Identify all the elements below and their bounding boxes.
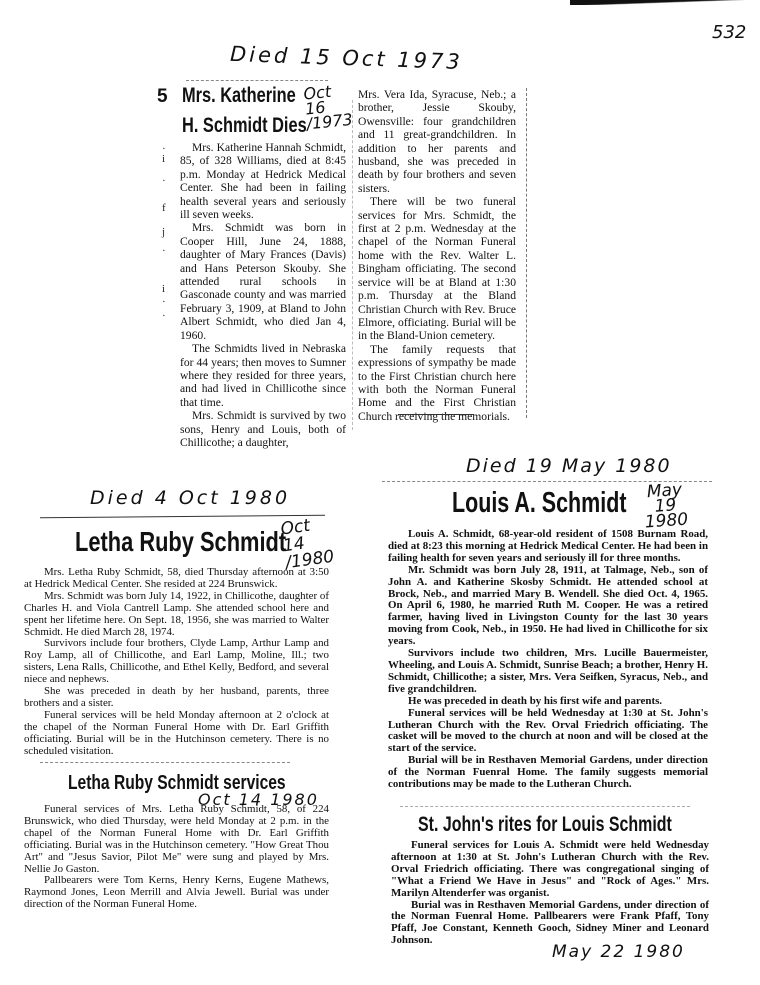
paragraph: He was preceded in death by his first wi… — [388, 696, 708, 708]
paragraph: Survivors include two children, Mrs. Luc… — [388, 648, 708, 696]
article-body: Funeral services for Louis A. Schmidt we… — [391, 840, 709, 947]
paragraph: Funeral services will be held Monday aft… — [24, 710, 329, 758]
paragraph: Louis A. Schmidt, 68-year-old resident o… — [388, 529, 708, 565]
article-body: Funeral services of Mrs. Letha Ruby Schm… — [24, 804, 329, 911]
article-column-right: Mrs. Vera Ida, Syracuse, Neb.; a brother… — [358, 88, 516, 423]
paragraph: Pallbearers were Tom Kerns, Henry Kerns,… — [24, 875, 329, 911]
handwritten-death-date: Died 15 Oct 1973 — [230, 42, 463, 74]
paragraph: Mrs. Schmidt was born in Cooper Hill, Ju… — [180, 221, 346, 342]
edge-fragment-s: 5 — [157, 86, 168, 108]
article-body: Louis A. Schmidt, 68-year-old resident o… — [388, 529, 708, 791]
paragraph: Mrs. Schmidt is survived by two sons, He… — [180, 409, 346, 449]
paragraph: The family requests that expressions of … — [358, 343, 516, 423]
handwritten-side-note: Oct 16 /1973 — [303, 82, 357, 132]
headline: Louis A. Schmidt — [452, 487, 626, 520]
headline: Letha Ruby Schmidt — [75, 526, 286, 558]
clipping-top-rule — [186, 80, 328, 82]
clipping-top-rule — [40, 515, 325, 518]
headline: St. John's rites for Louis Schmidt — [418, 813, 672, 837]
article-column-left: Mrs. Katherine Hannah Schmidt, 85, of 32… — [180, 141, 346, 449]
headline-line1: Mrs. Katherine — [182, 84, 296, 108]
paragraph: Burial will be in Resthaven Memorial Gar… — [388, 755, 708, 791]
column-divider — [352, 100, 354, 430]
clipping-right-edge — [526, 88, 528, 418]
paragraph: The Schmidts lived in Nebraska for 44 ye… — [180, 342, 346, 409]
paragraph: Funeral services for Louis A. Schmidt we… — [391, 840, 709, 900]
paragraph: Funeral services will be held Wednesday … — [388, 708, 708, 756]
handwritten-side-note: Oct 14 /1980 — [280, 515, 337, 572]
paragraph: Mrs. Vera Ida, Syracuse, Neb.; a brother… — [358, 88, 516, 195]
top-right-scan-edge — [570, 0, 760, 5]
handwritten-death-date: Died 4 Oct 1980 — [90, 487, 290, 509]
clipping-bottom-rule — [40, 762, 290, 764]
paragraph: Mr. Schmidt was born July 28, 1911, at T… — [388, 565, 708, 648]
paragraph: Mrs. Schmidt was born July 14, 1922, in … — [24, 591, 329, 639]
handwritten-side-note: May 19 1980 — [636, 482, 694, 531]
article-body: Mrs. Letha Ruby Schmidt, 58, died Thursd… — [24, 567, 329, 758]
paragraph: Mrs. Letha Ruby Schmidt, 58, died Thursd… — [24, 567, 329, 591]
paragraph: There will be two funeral services for M… — [358, 195, 516, 342]
paragraph: Survivors include four brothers, Clyde L… — [24, 638, 329, 686]
clipping-bottom-rule — [400, 806, 690, 808]
paragraph: She was preceded in death by her husband… — [24, 686, 329, 710]
headline-line2: H. Schmidt Dies — [182, 114, 307, 138]
handwritten-date: May 22 1980 — [552, 942, 685, 962]
paragraph: Burial was in Resthaven Memorial Gardens… — [391, 900, 709, 948]
column-end-rule — [398, 414, 474, 415]
handwritten-death-date: Died 19 May 1980 — [466, 455, 672, 477]
paragraph: Mrs. Katherine Hannah Schmidt, 85, of 32… — [180, 141, 346, 221]
page-number-annotation: 532 — [712, 22, 746, 43]
paragraph: Funeral services of Mrs. Letha Ruby Schm… — [24, 804, 329, 875]
